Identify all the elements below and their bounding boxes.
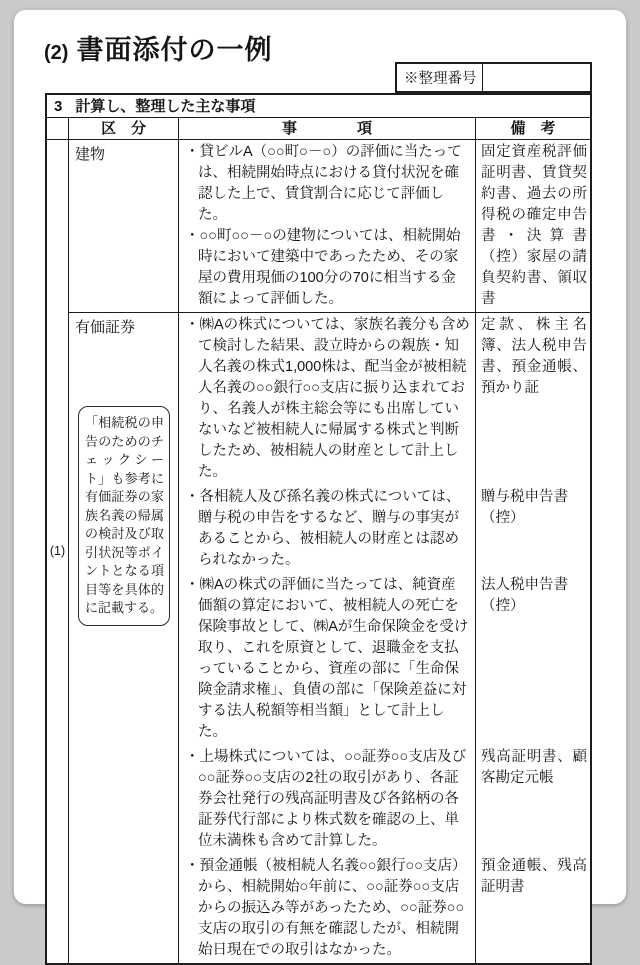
securities-entry-1: ・㈱Aの株式については、家族名義分も含めて検討した結果、設立時からの親族・知人名… [179, 313, 590, 485]
securities-category-label: 有価証券 [75, 317, 173, 338]
page-title-number: (2) [44, 42, 68, 65]
building-item-1: ・貸ビルA（○○町○－○）の評価に当たっては、相続開始時点における貸付状況を確認… [179, 142, 473, 226]
entry-1-note: 定款、株主名簿、法人税申告書、預金通帳、預かり証 [476, 313, 590, 485]
checksheet-side-note: 「相続税の申告のためのチェックシート」も参考に有価証券の家族名義の帰属の検討及び… [78, 406, 170, 626]
entry-2-item: ・各相続人及び孫名義の株式については、贈与税の申告をするなど、贈与の事実があるこ… [179, 485, 476, 573]
category-building: 建物 [69, 140, 179, 313]
building-item-2: ・○○町○○－○の建物については、相続開始時において建築中であったため、その家屋… [179, 226, 473, 310]
header-note: 備 考 [476, 118, 590, 140]
main-table: 3 計算し、整理した主な事項 区 分 事 項 備 考 (1) 建物 ・貸ビルA（… [45, 93, 592, 923]
reference-number-value [483, 64, 590, 91]
entry-5-note: 預金通帳、残高証明書 [476, 854, 590, 923]
entry-4-note: 残高証明書、顧客勘定元帳 [476, 745, 590, 854]
section-title: 計算し、整理した主な事項 [75, 96, 255, 117]
reference-number-label: ※整理番号 [397, 64, 483, 91]
page-title: (2) 書面添付の一例 [44, 28, 272, 67]
securities-entry-3: ・㈱Aの株式の評価に当たっては、純資産価額の算定において、被相続人の死亡を保険事… [179, 573, 590, 745]
table-grid: 区 分 事 項 備 考 (1) 建物 ・貸ビルA（○○町○－○）の評価に当たって… [47, 118, 590, 923]
entry-2-item-text: ・各相続人及び孫名義の株式については、贈与税の申告をするなど、贈与の事実があるこ… [179, 487, 473, 571]
entry-3-note-text: 法人税申告書 （控） [481, 575, 587, 617]
entry-4-item-text: ・上場株式については、○○証券○○支店及び○○証券○○支店の2社の取引があり、各… [179, 747, 473, 852]
reference-number-box: ※整理番号 [395, 62, 592, 93]
entry-4-item: ・上場株式については、○○証券○○支店及び○○証券○○支店の2社の取引があり、各… [179, 745, 476, 854]
securities-entry-2: ・各相続人及び孫名義の株式については、贈与税の申告をするなど、贈与の事実があるこ… [179, 485, 590, 573]
entry-5-item: ・預金通帳（被相続人名義○○銀行○○支店）から、相続開始○年前に、○○証券○○支… [179, 854, 476, 923]
row-group-number: (1) [47, 140, 69, 923]
entry-1-item: ・㈱Aの株式については、家族名義分も含めて検討した結果、設立時からの親族・知人名… [179, 313, 476, 485]
entry-2-note-text: 贈与税申告書 （控） [481, 487, 587, 529]
entry-1-note-text: 定款、株主名簿、法人税申告書、預金通帳、預かり証 [481, 315, 587, 399]
building-note-text: 固定資産税評価証明書、賃貸契約書、過去の所得税の確定申告書・決算書（控）家屋の請… [481, 142, 587, 310]
entry-3-item-text: ・㈱Aの株式の評価に当たっては、純資産価額の算定において、被相続人の死亡を保険事… [179, 575, 473, 743]
securities-entry-4: ・上場株式については、○○証券○○支店及び○○証券○○支店の2社の取引があり、各… [179, 745, 590, 854]
entry-3-item: ・㈱Aの株式の評価に当たっては、純資産価額の算定において、被相続人の死亡を保険事… [179, 573, 476, 745]
header-row-number-cell [47, 118, 69, 140]
section-header: 3 計算し、整理した主な事項 [47, 95, 590, 118]
header-category: 区 分 [69, 118, 179, 140]
header-item: 事 項 [179, 118, 476, 140]
securities-entry-5: ・預金通帳（被相続人名義○○銀行○○支店）から、相続開始○年前に、○○証券○○支… [179, 854, 590, 923]
entry-4-note-text: 残高証明書、顧客勘定元帳 [481, 747, 587, 789]
entry-2-note: 贈与税申告書 （控） [476, 485, 590, 573]
entry-1-item-text: ・㈱Aの株式については、家族名義分も含めて検討した結果、設立時からの親族・知人名… [179, 315, 473, 483]
section-number: 3 [54, 96, 62, 117]
entry-5-item-text: ・預金通帳（被相続人名義○○銀行○○支店）から、相続開始○年前に、○○証券○○支… [179, 856, 473, 923]
document-page: (2) 書面添付の一例 ※整理番号 3 計算し、整理した主な事項 区 分 事 項… [14, 10, 626, 904]
category-securities: 有価証券 「相続税の申告のためのチェックシート」も参考に有価証券の家族名義の帰属… [69, 313, 179, 923]
building-items: ・貸ビルA（○○町○－○）の評価に当たっては、相続開始時点における貸付状況を確認… [179, 140, 476, 313]
page-title-text: 書面添付の一例 [76, 28, 272, 67]
securities-entries: ・㈱Aの株式については、家族名義分も含めて検討した結果、設立時からの親族・知人名… [179, 313, 590, 923]
entry-3-note: 法人税申告書 （控） [476, 573, 590, 745]
building-note: 固定資産税評価証明書、賃貸契約書、過去の所得税の確定申告書・決算書（控）家屋の請… [476, 140, 590, 313]
entry-5-note-text: 預金通帳、残高証明書 [481, 856, 587, 898]
